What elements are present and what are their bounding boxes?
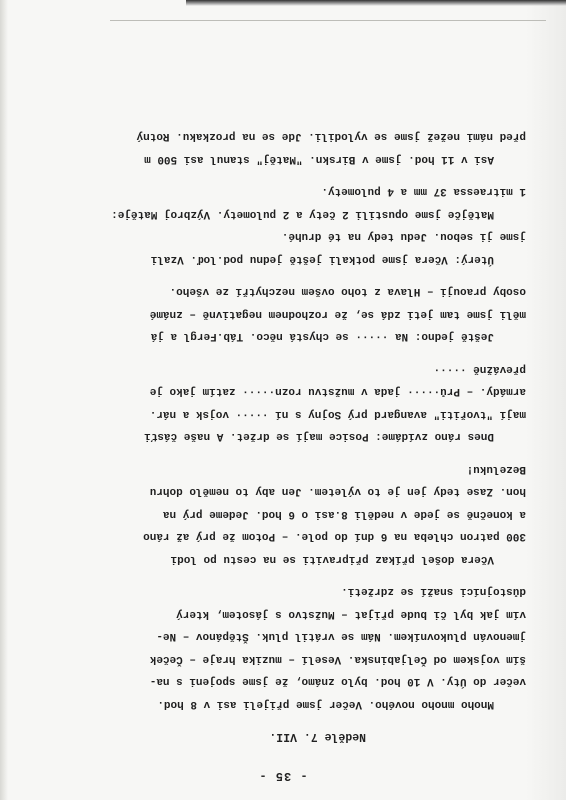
text-line: večer do Úty. V 10 hod. bylo známo, že j… [56, 670, 526, 693]
text-line: armády. – Prů····· jada v mužstvu rozn··… [56, 380, 526, 403]
text-line: osoby praouji – Hlava z toho ovšem nezch… [56, 280, 526, 303]
text-line: ším vojskem od Čeljabinska. Veselí – muz… [56, 648, 526, 671]
text-line: převážně ····· [56, 358, 526, 381]
text-line: měli jsme tam jeti zdá se, že rozhodnem … [56, 303, 526, 326]
text-line: Úterý: Včera jsme potkali ještě jednu po… [56, 248, 526, 271]
page-margin-shadow [526, 0, 566, 800]
text-line: před námi nežež jsme se vylodili. Jde se… [56, 125, 526, 148]
typewritten-body: Mnoho mnoho nového. Večer jsme přijeli a… [56, 125, 526, 715]
paragraph-gap [56, 570, 526, 580]
text-line: Matějče jsme opustili 2 čety a 2 pulomet… [56, 203, 526, 226]
paragraph-gap [56, 348, 526, 358]
diary-date-heading: Neděle 7. VII. [269, 730, 366, 743]
text-line: Dnes ráno zvídáme: Posice mají se držet.… [56, 425, 526, 448]
text-line: Bezeluku! [56, 458, 526, 481]
scanned-page: - 35 - Neděle 7. VII. Mnoho mnoho nového… [0, 0, 566, 800]
scan-edge-shadow [186, 0, 566, 6]
paragraph-gap [56, 448, 526, 458]
text-line: Ještě jedno: Na ····· se chystá něco. Tá… [56, 325, 526, 348]
page-edge-shadow [0, 0, 8, 800]
paragraph-gap [56, 270, 526, 280]
text-line: Asi v 11 hod. jsme v Birskn. "Matěj" sta… [56, 148, 526, 171]
text-line: Mnoho mnoho nového. Večer jsme přijeli a… [56, 693, 526, 716]
page-border-line [110, 20, 546, 21]
text-line: mají "tvořiti" avangard prý Sojny s ní ·… [56, 403, 526, 426]
text-line: jmenován plukovníkem. Nám se vrátil pluk… [56, 625, 526, 648]
text-line: vím jak byl či bude přijat – Mužstvo s j… [56, 603, 526, 626]
text-line: Včera došel příkaz připraviti se na cest… [56, 548, 526, 571]
text-line: hon. Zase tedy jen je to výletem. Jen ab… [56, 480, 526, 503]
text-line: jsme ji sebou. Jedu tedy na té druhé. [56, 225, 526, 248]
page-number: - 35 - [0, 769, 566, 783]
text-line: důstojníci snaží se zdržeti. [56, 580, 526, 603]
text-line: a konečně se jede v neděli 8.asi o 6 hod… [56, 503, 526, 526]
paragraph-gap [56, 170, 526, 180]
text-line: 1 mitraessa 37 mm a 4 pulomety. [56, 180, 526, 203]
text-line: 300 patron chleba na 6 dní do pole. – Po… [56, 525, 526, 548]
